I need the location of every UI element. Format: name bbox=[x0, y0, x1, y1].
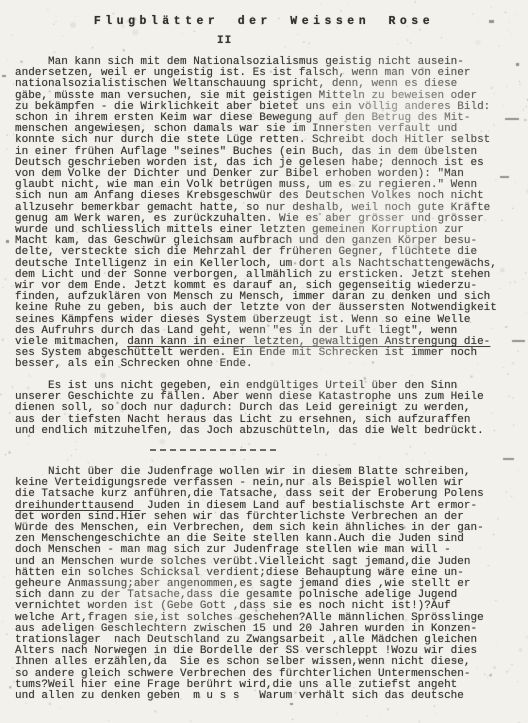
page-subtitle: II bbox=[217, 35, 232, 47]
page-title: Flugblätter der Weissen Rose bbox=[0, 15, 528, 28]
paragraph-3: Nicht über die Judenfrage wollen wir in … bbox=[15, 467, 484, 702]
underlined-text: dreihunderttausend bbox=[15, 500, 140, 512]
section-divider bbox=[150, 449, 276, 451]
scanned-leaflet-page: Flugblätter der Weissen Rose II Man kann… bbox=[0, 0, 528, 723]
paragraph-1: Man kann sich mit dem Nationalsozialismu… bbox=[15, 57, 497, 371]
paragraph-2: Es ist uns nicht gegeben, ein endgültige… bbox=[15, 381, 484, 437]
underlined-text: dann kann in einer letzten, gewaltigen A… bbox=[127, 336, 490, 348]
